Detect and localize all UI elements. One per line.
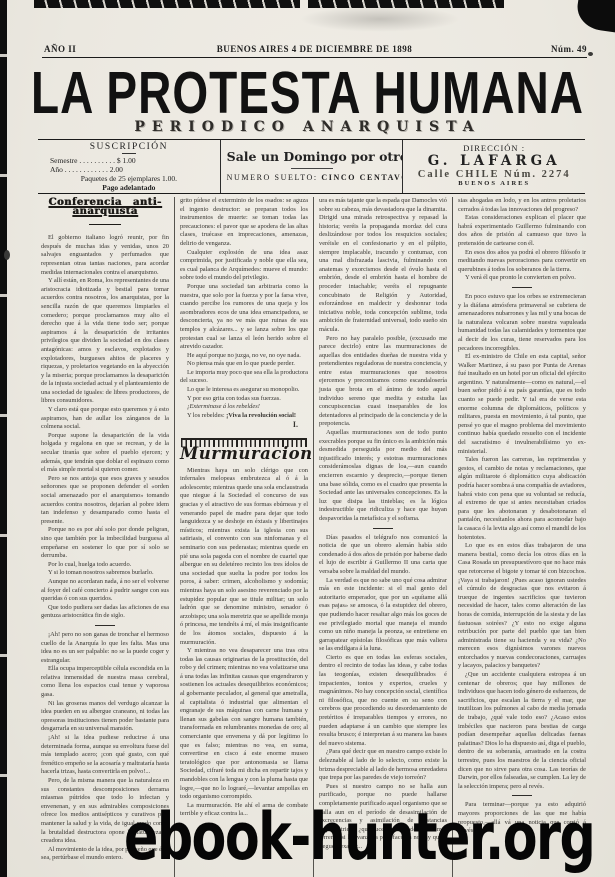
article-title: Conferencia anti-anarquista: [41, 199, 169, 225]
direction-box: DIRECCIÓN : G. LAFARGA Calle CHILE Núm. …: [402, 140, 585, 193]
section-title: Murmuraciones: [180, 450, 308, 459]
scan-smudge: [300, 6, 460, 32]
paragraph: Pero se nos antoja que esos graves y ses…: [41, 475, 169, 527]
newspaper-scan-page: AÑO II BUENOS AIRES 4 DE DICIEMBRE DE 18…: [0, 0, 615, 877]
paragraph: El gobierno italiano logró reunir, por f…: [41, 234, 169, 277]
paragraph: Estas consideraciones explican el placer…: [458, 214, 586, 248]
paragraph: grito pídese el exterminio de los osados…: [180, 197, 308, 249]
paragraph: El ex-ministro de Chile en esta capital,…: [458, 353, 586, 456]
paragraph: Porque una sociedad tan arbitraria como …: [180, 283, 308, 352]
column-2: grito pídese el exterminio de los osados…: [174, 197, 313, 877]
paragraph: sias ahogadas en lodo, y en los antros p…: [458, 197, 586, 214]
paragraph: Lo que es en estos días trabajaron de un…: [458, 542, 586, 671]
frequency-box: Sale un Domingo por otro NUMERO SUELTO: …: [220, 140, 403, 193]
divider: [512, 287, 532, 288]
paragraph: Y claro está que porque esto queremos y …: [41, 406, 169, 432]
paragraph: Y mientras no vea desaparecer una tras o…: [180, 647, 308, 802]
paragraph: Ni las groseras manos del verdugo alcanz…: [41, 700, 169, 734]
paragraph: Y por eso grita con todas sus fuerzas.: [180, 395, 308, 404]
scan-speck: [588, 52, 593, 56]
paragraph: He aquí porque no juzga, no ve, no oye n…: [180, 352, 308, 361]
paragraph: Le importa muy poco que sea ella la prod…: [180, 369, 308, 386]
paragraph: Cualquier explosión de una idea asaz com…: [180, 249, 308, 283]
paragraph: En esos dos años ya podrá el obrero filó…: [458, 249, 586, 275]
info-row: SUSCRIPCIÓN Semestre . . . . . . . . . .…: [38, 139, 585, 194]
paragraph: Porque supone la desaparición de la vida…: [41, 432, 169, 475]
paragraph: Pero no hay paralelo posible, (excusado …: [319, 335, 447, 430]
single-copy-label: NUMERO SUELTO:: [227, 173, 318, 182]
paragraph: ¿Para qué decir que en nuestro campo exi…: [319, 748, 447, 782]
subscription-prepaid: Pago adelantado: [44, 183, 214, 192]
body-columns: Conferencia anti-anarquistaEl gobierno i…: [36, 197, 591, 877]
column-1: Conferencia anti-anarquistaEl gobierno i…: [36, 197, 174, 877]
subscription-box: SUSCRIPCIÓN Semestre . . . . . . . . . .…: [38, 140, 220, 193]
paragraph: Y verá él que pronto le convierten en po…: [458, 274, 586, 283]
paragraph: Mientras haya un solo clérigo que con in…: [180, 467, 308, 647]
frequency-line: Sale un Domingo por otro: [227, 149, 397, 164]
subscription-year: Año . . . . . . . . . . . . 2.00: [44, 165, 214, 174]
masthead-title: LA PROTESTA HUMANA: [0, 57, 615, 127]
direction-city: BUENOS AIRES: [409, 180, 579, 187]
paragraph: En poco estuvo que los orbes se extremec…: [458, 293, 586, 353]
paragraph: Y los rebeldes: ¡Viva la revolución soci…: [180, 412, 308, 421]
subscription-semester: Semestre . . . . . . . . . . $ 1.00: [44, 156, 214, 165]
scan-corner-blob: [575, 0, 615, 33]
scan-edge-top-band: [34, 0, 300, 8]
divider: [95, 625, 115, 626]
frequency-rule: [291, 168, 333, 169]
dateline-row: AÑO II BUENOS AIRES 4 DE DICIEMBRE DE 18…: [42, 44, 587, 58]
paragraph: Aunque no acordaran nada, á no ser el vo…: [41, 578, 169, 604]
paragraph: ¡Ah! pero no son ganas de tronchar el he…: [41, 631, 169, 665]
paragraph: ¡Exterminase á los rebeldes!: [180, 403, 308, 412]
single-copy-line: NUMERO SUELTO: CINCO CENTAVOS: [227, 173, 397, 182]
divider: [512, 795, 532, 796]
dateline-text: BUENOS AIRES 4 DE DICIEMBRE DE 1898: [42, 44, 587, 54]
paragraph: Cierto es que en todas las esferas socia…: [319, 654, 447, 749]
subscription-packages: Paquetes de 25 ejemplares 1.00.: [44, 174, 214, 183]
director-name: G. LAFARGA: [409, 153, 579, 169]
issue-number: Núm. 49: [551, 44, 587, 54]
paragraph: ¡Ah! si la idea pudiese reducirse á una …: [41, 734, 169, 777]
paragraph: Que todo pudiera ser dadas las aficiones…: [41, 604, 169, 621]
watermark-text: ebook-hunter.org: [124, 800, 594, 875]
paragraph: Días pasados el telégrafo nos comunicó l…: [319, 534, 447, 577]
paragraph: ura es más tajante que la espada que Dam…: [319, 197, 447, 335]
paragraph: Porque no es por ahí solo por donde peli…: [41, 526, 169, 560]
column-4: sias ahogadas en lodo, y en los antros p…: [452, 197, 591, 877]
paragraph: Tales fueron las carreras, las reprimend…: [458, 456, 586, 542]
divider: [373, 528, 393, 529]
paragraph: La verdad es que no sabe uno qué cosa ad…: [319, 577, 447, 654]
paragraph: Y allí están, en Roma, los representante…: [41, 277, 169, 406]
paragraph: Ella ocupa imperceptible célula escondid…: [41, 665, 169, 699]
paragraph: No piensa más que en lo que puede perder…: [180, 360, 308, 369]
masthead-subtitle: PERIODICO ANARQUISTA: [0, 119, 615, 135]
scan-speck: [4, 250, 10, 260]
article-signature: I.: [180, 421, 308, 430]
column-3: ura es más tajante que la espada que Dam…: [313, 197, 452, 877]
direction-address: Calle CHILE Núm. 2274: [409, 169, 579, 180]
direction-label: DIRECCIÓN :: [409, 143, 579, 153]
paragraph: Por lo cual, huelga todo acuerdo.: [41, 561, 169, 570]
paragraph: Y si lo toman nosotros sabremos burlarlo…: [41, 569, 169, 578]
single-copy-price: CINCO CENTAVOS: [321, 173, 402, 182]
paragraph: ¿Que un accidente cualquiera estropea á …: [458, 671, 586, 791]
paragraph: Lo que le interesa es asegurar su monopo…: [180, 386, 308, 395]
paragraph: Aquellas murmuraciones son de todo punto…: [319, 429, 447, 524]
subscription-title: SUSCRIPCIÓN: [44, 142, 214, 154]
